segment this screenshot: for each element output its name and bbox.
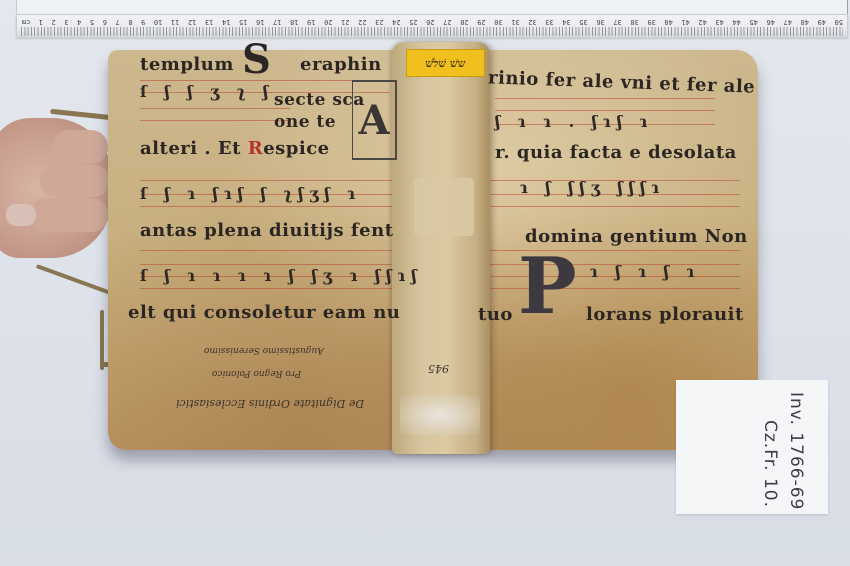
ruler-number: 14 xyxy=(222,16,230,26)
ruler-number: 47 xyxy=(784,16,792,26)
ruler-number: 1 xyxy=(39,16,43,26)
ruler-number: 44 xyxy=(732,16,740,26)
ruler-number: 32 xyxy=(528,16,536,26)
ruler-number: 2 xyxy=(52,16,56,26)
ruler-ticks xyxy=(21,27,843,36)
neume-notation: ſ ʃ ɿ ʃɿʃ ʃ ʅʃʒʃ ɿ xyxy=(140,184,361,203)
ruler-number: 5 xyxy=(90,16,94,26)
inscription-upside-down: Augustissimo Serenissimo xyxy=(204,345,324,355)
inventory-card: Inv. 1766-69 Cz.Fr. 10. xyxy=(676,380,828,514)
manuscript-line: eraphin xyxy=(300,54,382,75)
neume-notation: ſ ʃ ɿ ɿ ɿ ɿ ʃ ʃʒ ɿ ʃʃɿʃ xyxy=(140,266,423,285)
ruler-number: 27 xyxy=(443,16,451,26)
ruler-number: 38 xyxy=(630,16,638,26)
staff-line xyxy=(140,108,290,109)
ruler-number: 8 xyxy=(128,16,132,26)
neume-notation: ɿ ʃ ʃʃʒ ʃʃʃɿ xyxy=(520,178,665,197)
inscription-upside-down: Pro Regno Polonico xyxy=(212,368,301,378)
staff-line xyxy=(140,120,290,121)
ruler-number: 50 xyxy=(835,16,843,26)
ruler-number: 40 xyxy=(664,16,672,26)
finger xyxy=(30,198,108,232)
rubricated-letter: R xyxy=(248,138,263,159)
ruler-number: 13 xyxy=(205,16,213,26)
thumbnail xyxy=(6,204,36,226)
ruler-number: 16 xyxy=(256,16,264,26)
ruler-number: 19 xyxy=(307,16,315,26)
ruler-number: 49 xyxy=(818,16,826,26)
ruler-number: 36 xyxy=(596,16,604,26)
manuscript-line: one te xyxy=(274,112,336,132)
manuscript-line: antas plena diuitijs fent xyxy=(140,220,394,241)
collection-mark: Cz.Fr. 10. xyxy=(760,420,780,508)
ruler-number: 7 xyxy=(116,16,120,26)
ruler-number: 25 xyxy=(409,16,417,26)
inscription-upside-down: De Dignitate Ordinis Ecclesiastici xyxy=(176,397,364,410)
staff-line xyxy=(495,110,715,111)
ruler-number: 22 xyxy=(358,16,366,26)
ruler-number: 10 xyxy=(154,16,162,26)
ruler-number: 39 xyxy=(647,16,655,26)
ruler-number: 28 xyxy=(460,16,468,26)
ruler-number: 4 xyxy=(77,16,81,26)
ruler-scale-numbers: 5049484746454443424140393837363534333231… xyxy=(21,16,843,26)
ruler-number: 34 xyxy=(562,16,570,26)
ruler-number: 6 xyxy=(103,16,107,26)
manuscript-line: alteri . Et Respice xyxy=(140,138,330,159)
ruler-number: 9 xyxy=(141,16,145,26)
ruler-number: cm xyxy=(22,16,30,26)
manuscript-line: elt qui consoletur eam nu xyxy=(128,302,400,323)
ruler-number: 43 xyxy=(715,16,723,26)
ruler-number: 41 xyxy=(681,16,689,26)
ruler-number: 21 xyxy=(341,16,349,26)
manuscript-line: lorans plorauit xyxy=(586,304,744,325)
ruler-number: 12 xyxy=(188,16,196,26)
decorated-initial-s: S xyxy=(242,40,271,80)
ruler-number: 3 xyxy=(64,16,68,26)
manuscript-line: r. quia facta e desolata xyxy=(495,142,737,163)
neume-notation: ſ ʃ ʃ ʒ ʅ ʃ xyxy=(140,82,274,101)
spine-worn-area xyxy=(400,395,480,435)
inventory-number: Inv. 1766-69 xyxy=(786,392,806,510)
finger xyxy=(52,130,108,164)
ruler-number: 24 xyxy=(392,16,400,26)
ruler-number: 15 xyxy=(239,16,247,26)
binding-string xyxy=(36,264,114,296)
text-segment: espice xyxy=(263,138,329,159)
ruler-glass-edge xyxy=(16,0,848,14)
ruler-number: 18 xyxy=(290,16,298,26)
neume-notation: ɿ ʃ ɿ ʃ ɿ xyxy=(590,262,700,281)
ruler-number: 35 xyxy=(579,16,587,26)
ruler-number: 11 xyxy=(171,16,179,26)
ruler-number: 17 xyxy=(273,16,281,26)
manuscript-line: templum xyxy=(140,54,234,75)
ruler-number: 37 xyxy=(613,16,621,26)
ruler-number: 42 xyxy=(698,16,706,26)
ruler-number: 30 xyxy=(494,16,502,26)
ruler-number: 20 xyxy=(324,16,332,26)
manuscript-line: tuo xyxy=(478,304,513,325)
ruler-number: 46 xyxy=(767,16,775,26)
ruler-number: 33 xyxy=(545,16,553,26)
ruler-number: 48 xyxy=(801,16,809,26)
ruler-number: 26 xyxy=(426,16,434,26)
measurement-ruler: 5049484746454443424140393837363534333231… xyxy=(16,14,848,38)
ruler-number: 45 xyxy=(749,16,757,26)
ruler-number: 31 xyxy=(511,16,519,26)
decorated-initial-p: P xyxy=(518,248,577,326)
neume-notation: ʃ ɿ ɿ . ʃɿʃ ɿ xyxy=(495,112,653,131)
spine-label: ששׁ שׁלשׁ xyxy=(406,49,485,77)
book-spine xyxy=(392,42,490,454)
spine-paper-patch xyxy=(414,178,474,236)
binding-string xyxy=(100,310,104,370)
finger xyxy=(40,165,110,197)
staff-line xyxy=(495,98,715,99)
text-segment: alteri . Et xyxy=(140,138,241,159)
ruler-number: 29 xyxy=(477,16,485,26)
ruler-number: 23 xyxy=(375,16,383,26)
spine-shelf-mark: 945 xyxy=(428,362,449,375)
boxed-initial: A xyxy=(352,80,397,160)
